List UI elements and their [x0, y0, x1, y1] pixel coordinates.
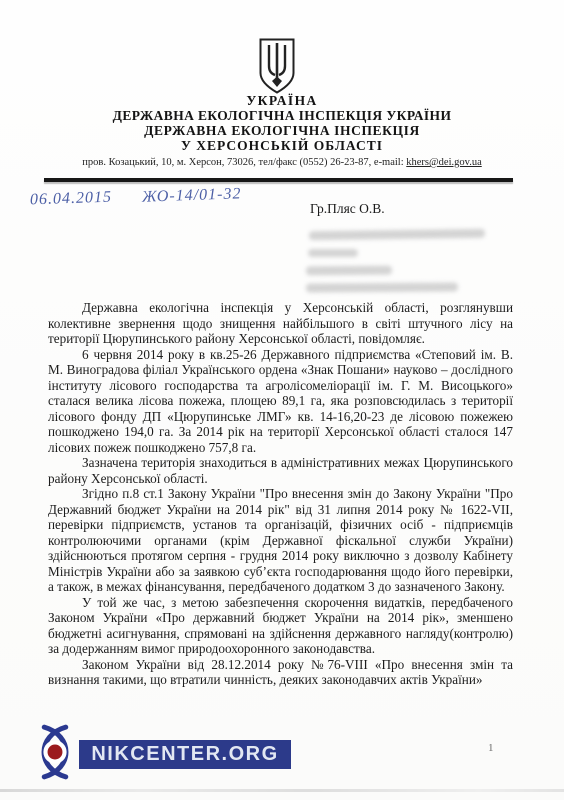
- recipient-name: Гр.Пляс О.В.: [310, 201, 385, 217]
- scan-edge-shadow: [0, 789, 564, 792]
- email-address: khers@dei.gov.ua: [406, 157, 481, 168]
- page-number: 1: [488, 742, 494, 754]
- redacted-address-line: [309, 229, 485, 240]
- redacted-address-line: [306, 282, 458, 292]
- redacted-address-line: [308, 249, 358, 257]
- redacted-address-line: [306, 266, 392, 276]
- address-text: пров. Козацький, 10, м. Херсон, 73026, т…: [82, 157, 406, 168]
- nikcenter-watermark-banner: NIKCENTER.ORG: [79, 740, 291, 769]
- body-paragraph: Державна екологічна інспекція у Херсонсь…: [48, 300, 513, 347]
- handwritten-date: 06.04.2015: [30, 189, 113, 210]
- nikcenter-logo-icon: [26, 720, 84, 784]
- body-paragraph: 6 червня 2014 року в кв.25-26 Державного…: [48, 347, 513, 456]
- letterhead-divider: [44, 178, 513, 182]
- letterhead-org-line3: У ХЕРСОНСЬКІЙ ОБЛАСТІ: [0, 138, 564, 154]
- body-paragraph: Зазначена територія знаходиться в адміні…: [48, 455, 513, 486]
- body-paragraph: Законом України від 28.12.2014 року №76-…: [48, 657, 513, 688]
- body-paragraph: У той же час, з метою забезпечення скоро…: [48, 595, 513, 657]
- letterhead-org-line1: ДЕРЖАВНА ЕКОЛОГІЧНА ІНСПЕКЦІЯ УКРАЇНИ: [0, 108, 564, 124]
- ukraine-trident-icon: [257, 37, 297, 95]
- letter-body: Державна екологічна інспекція у Херсонсь…: [48, 300, 513, 688]
- body-paragraph: Згідно п.8 ст.1 Закону України "Про внес…: [48, 486, 513, 595]
- letterhead-country: УКРАЇНА: [0, 93, 564, 109]
- handwritten-reference-number: ЖО-14/01-32: [142, 185, 242, 206]
- scanned-letter-page: УКРАЇНА ДЕРЖАВНА ЕКОЛОГІЧНА ІНСПЕКЦІЯ УК…: [0, 0, 564, 800]
- letterhead-address: пров. Козацький, 10, м. Херсон, 73026, т…: [0, 157, 564, 168]
- letterhead-org-line2: ДЕРЖАВНА ЕКОЛОГІЧНА ІНСПЕКЦІЯ: [0, 123, 564, 139]
